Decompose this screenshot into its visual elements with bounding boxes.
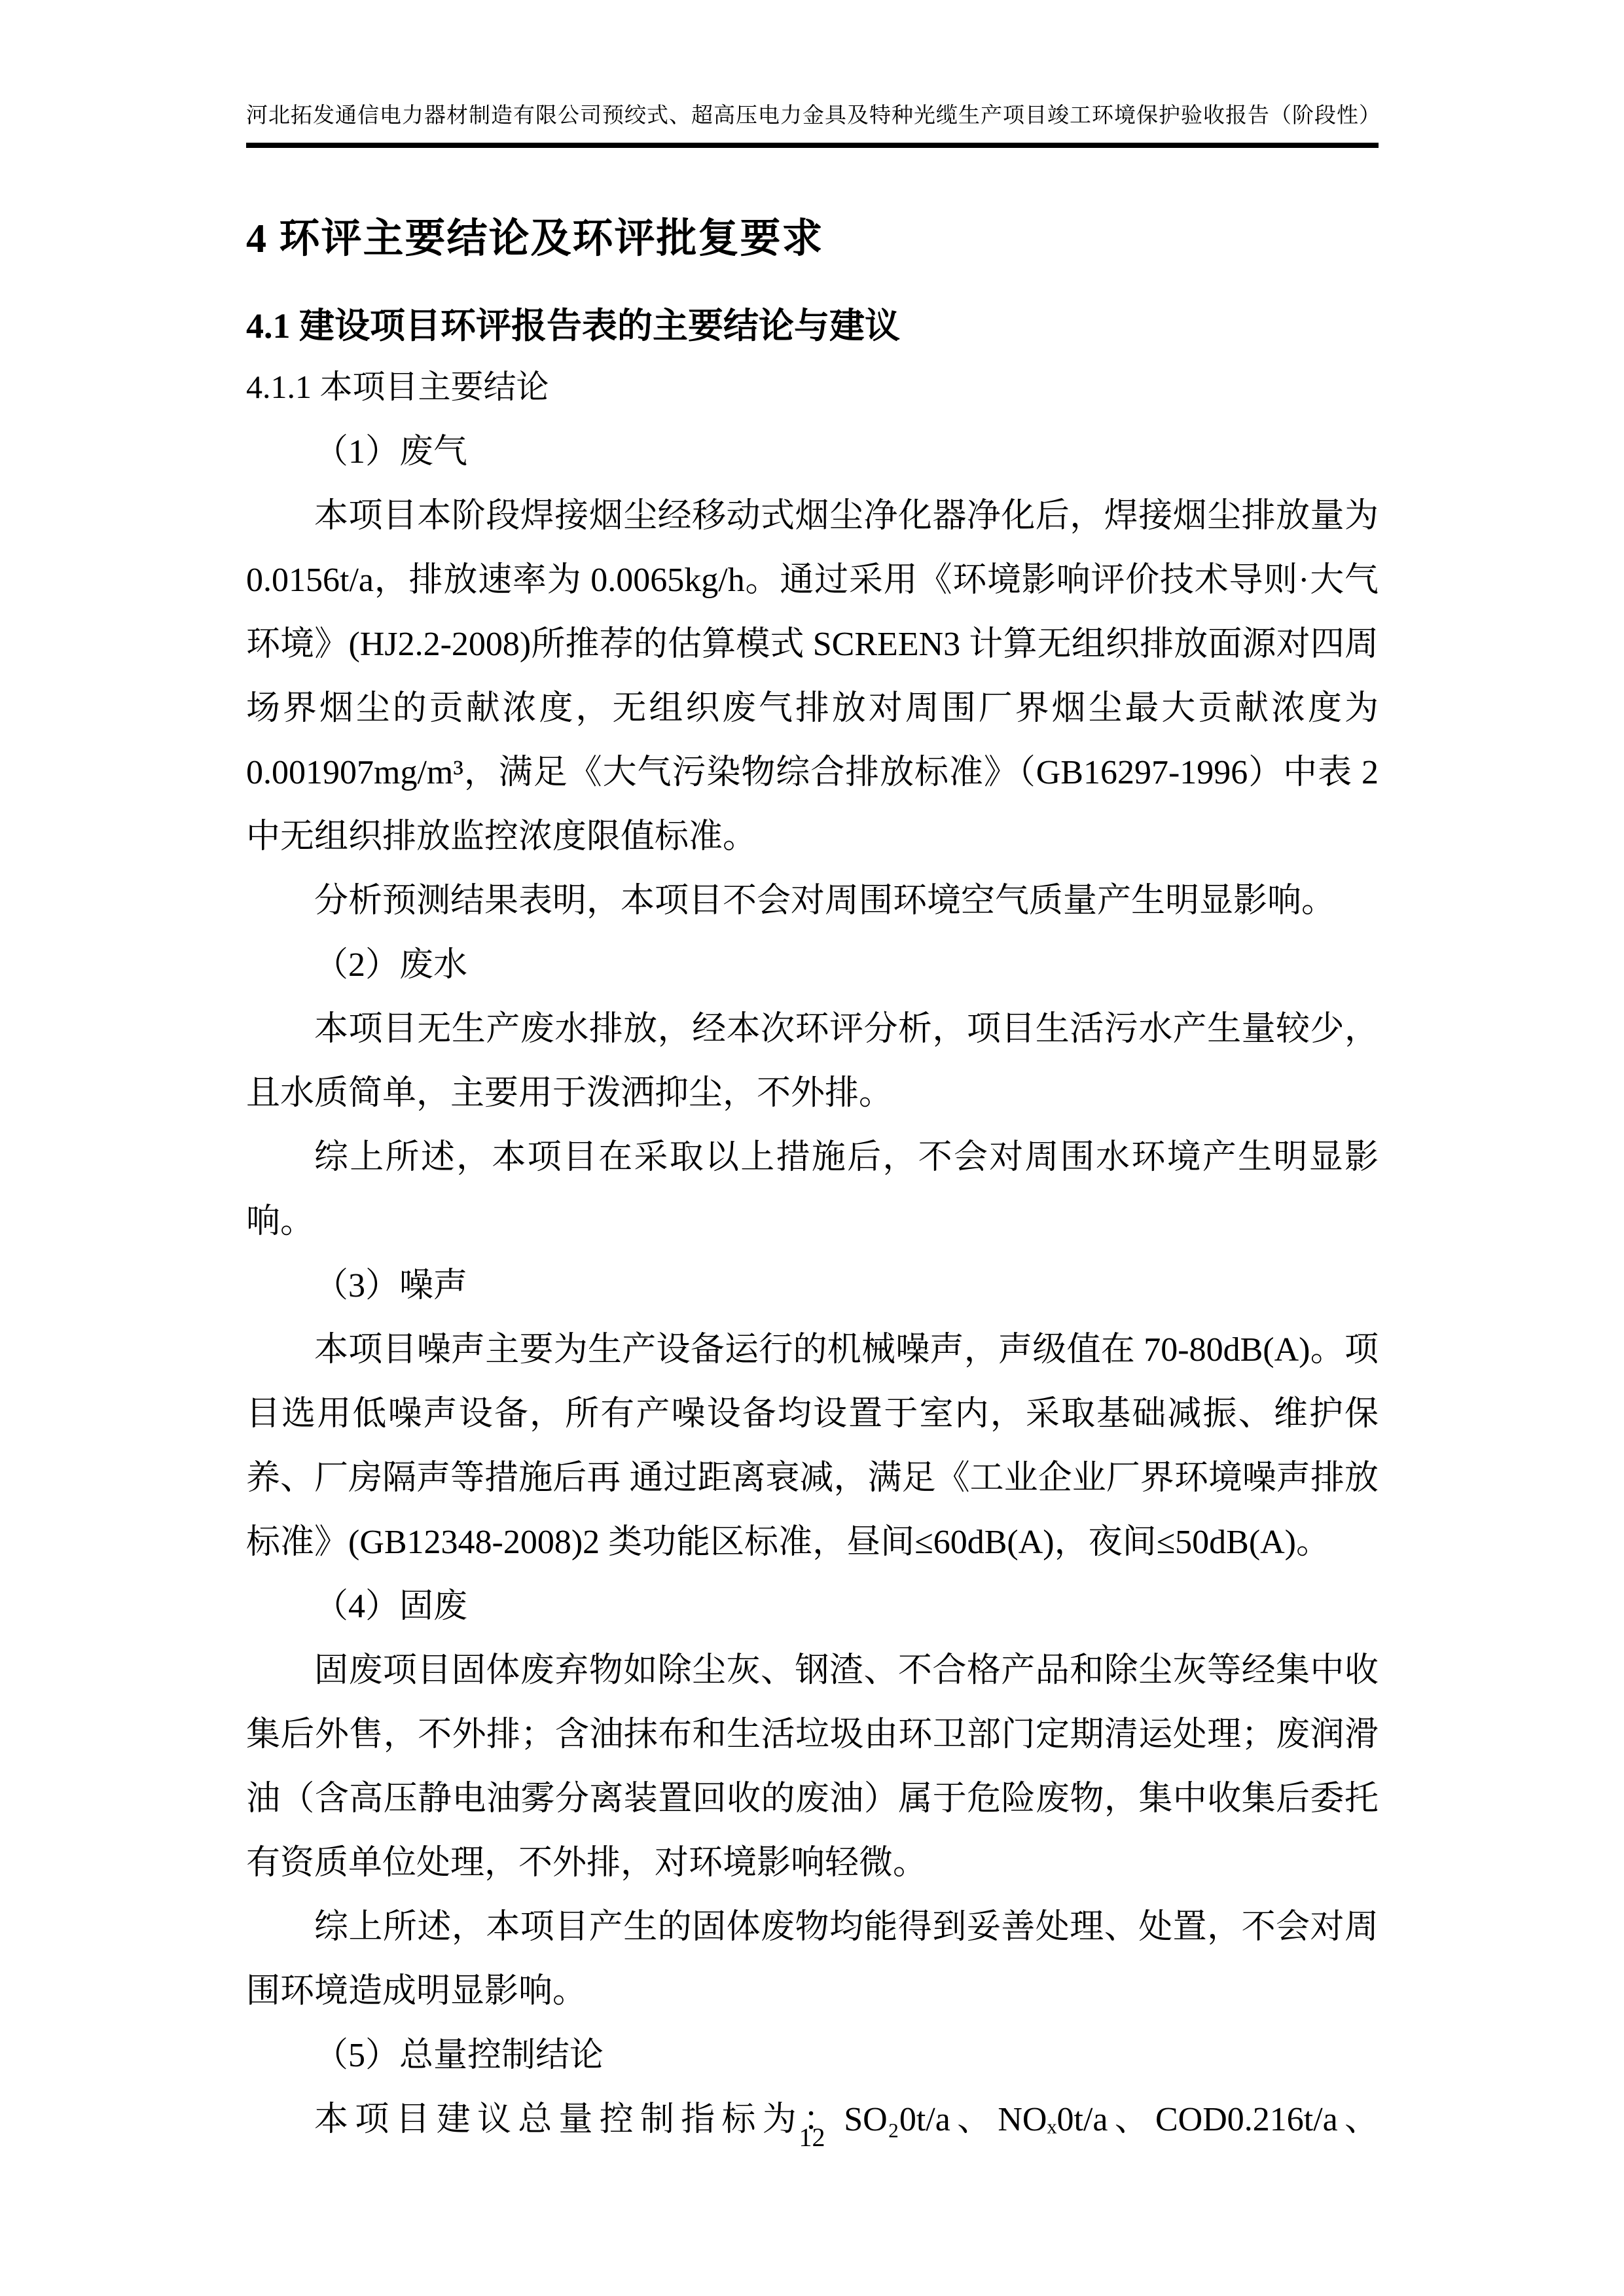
- running-header: 河北拓发通信电力器材制造有限公司预绞式、超高压电力金具及特种光缆生产项目竣工环境…: [246, 98, 1379, 148]
- page-content: 4 环评主要结论及环评批复要求 4.1 建设项目环评报告表的主要结论与建议 4.…: [246, 215, 1379, 2152]
- list-item-waste-gas: （1）废气: [246, 420, 1379, 484]
- paragraph-solid-waste-conclusion: 综上所述，本项目产生的固体废物均能得到妥善处理、处置，不会对周围环境造成明显影响…: [246, 1895, 1379, 2024]
- list-item-total-control: （5）总量控制结论: [246, 2024, 1379, 2088]
- paragraph-waste-gas-analysis: 本项目本阶段焊接烟尘经移动式烟尘净化器净化后，焊接烟尘排放量为0.0156t/a…: [246, 484, 1379, 869]
- list-item-noise: （3）噪声: [246, 1254, 1379, 1318]
- list-item-solid-waste: （4）固废: [246, 1575, 1379, 1639]
- list-item-waste-water: （2）废水: [246, 933, 1379, 997]
- paragraph-waste-water-conclusion: 综上所述，本项目在采取以上措施后，不会对周围水环境产生明显影响。: [246, 1126, 1379, 1254]
- paragraph-waste-water-analysis: 本项目无生产废水排放，经本次环评分析，项目生活污水产生量较少，且水质简单，主要用…: [246, 997, 1379, 1126]
- chapter-heading: 4 环评主要结论及环评批复要求: [246, 215, 1379, 263]
- document-page: 河北拓发通信电力器材制造有限公司预绞式、超高压电力金具及特种光缆生产项目竣工环境…: [0, 0, 1624, 2296]
- subsection-heading: 4.1.1 本项目主要结论: [246, 367, 1379, 407]
- paragraph-solid-waste-analysis: 固废项目固体废弃物如除尘灰、钢渣、不合格产品和除尘灰等经集中收集后外售，不外排；…: [246, 1639, 1379, 1895]
- section-heading: 4.1 建设项目环评报告表的主要结论与建议: [246, 305, 1379, 347]
- paragraph-noise-analysis: 本项目噪声主要为生产设备运行的机械噪声，声级值在 70-80dB(A)。项目选用…: [246, 1318, 1379, 1575]
- page-number: 12: [0, 2122, 1624, 2153]
- paragraph-waste-gas-conclusion: 分析预测结果表明，本项目不会对周围环境空气质量产生明显影响。: [246, 869, 1379, 933]
